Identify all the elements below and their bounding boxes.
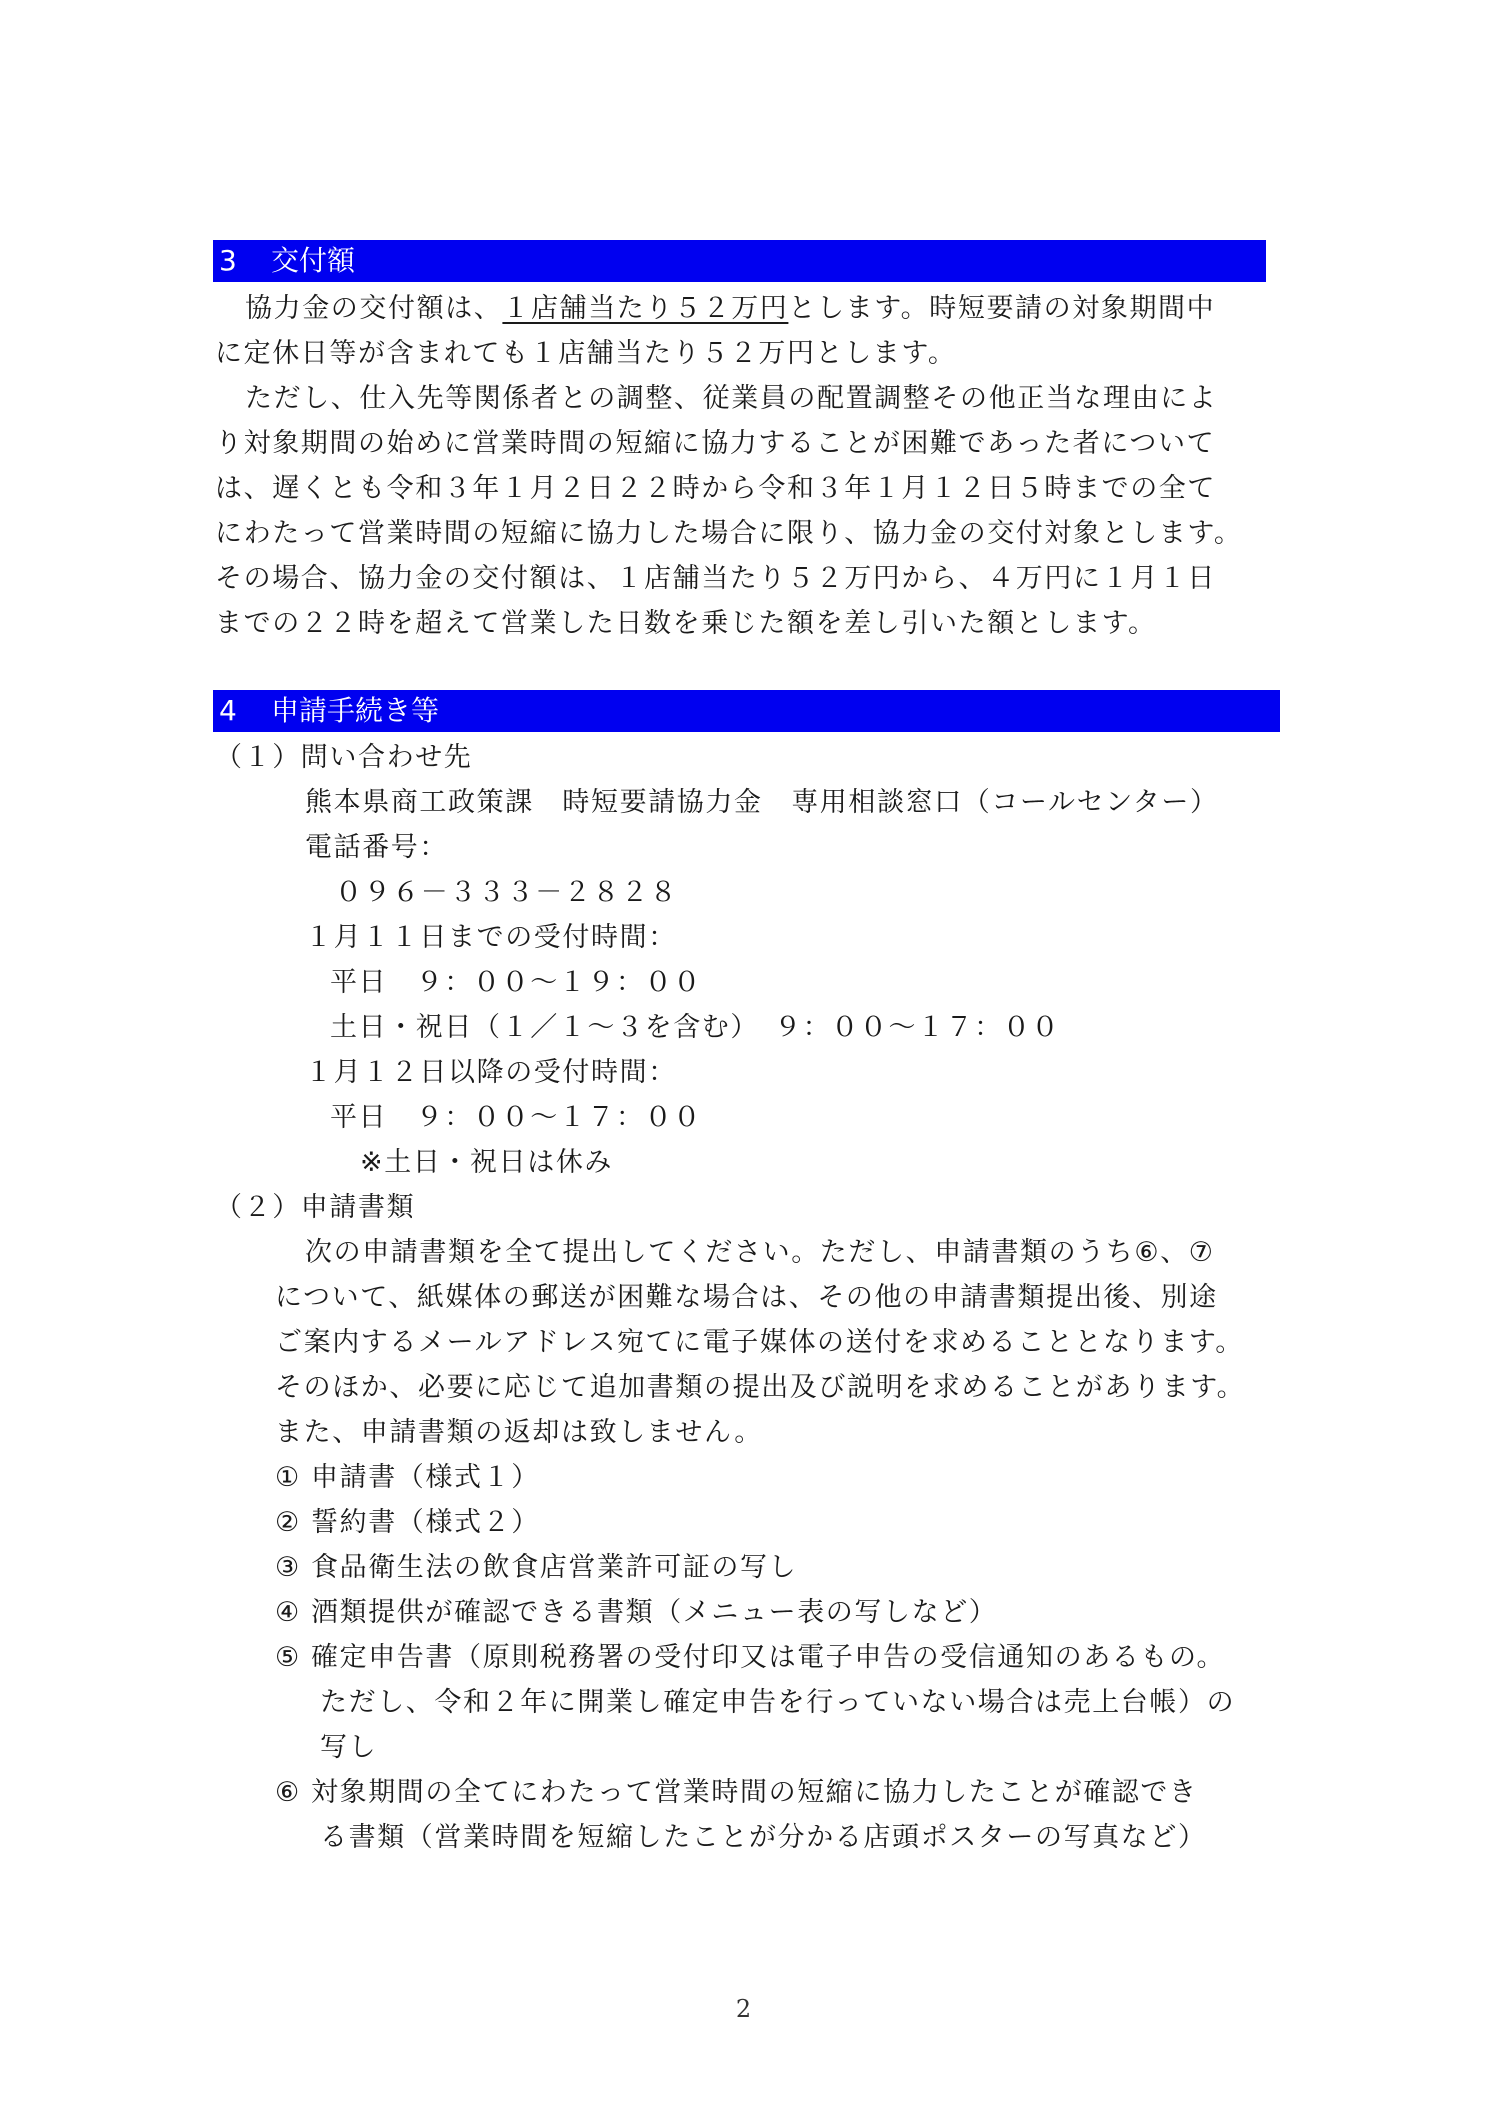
section-4-title: 申請手続き等 bbox=[271, 694, 439, 727]
section-3-para2-line: は、遅くとも令和３年１月２日２２時から令和３年１月１２日５時までの全て bbox=[215, 466, 1216, 511]
documents-intro-line: また、申請書類の返却は致しません。 bbox=[275, 1410, 763, 1455]
section-3-para2-line: ただし、仕入先等関係者との調整、従業員の配置調整その他正当な理由によ bbox=[245, 376, 1217, 421]
page-number: 2 bbox=[0, 1995, 1487, 2023]
section-3-para2-line: その場合、協力金の交付額は、１店舗当たり５２万円から、４万円に１月１日 bbox=[215, 556, 1216, 601]
document-item-4: ④ 酒類提供が確認できる書類（メニュー表の写しなど） bbox=[275, 1590, 997, 1635]
item-text: 誓約書（様式２） bbox=[311, 1507, 540, 1538]
phone-label: 電話番号： bbox=[305, 825, 448, 870]
document-item-1: ① 申請書（様式１） bbox=[275, 1455, 540, 1500]
documents-intro-line: 次の申請書類を全て提出してください。ただし、申請書類のうち⑥、⑦ bbox=[305, 1230, 1215, 1275]
documents-intro-line: ご案内するメールアドレス宛てに電子媒体の送付を求めることとなります。 bbox=[275, 1320, 1244, 1365]
item-marker: ③ bbox=[275, 1552, 301, 1583]
text: とします。時短要請の対象期間中 bbox=[788, 293, 1215, 324]
phone-number: ０９６－３３３－２８２８ bbox=[335, 870, 678, 915]
section-3-header: 3交付額 bbox=[213, 240, 1266, 282]
item-text: 対象期間の全てにわたって営業時間の短縮に協力したことが確認でき bbox=[311, 1777, 1198, 1808]
documents-heading: （２）申請書類 bbox=[215, 1185, 415, 1230]
documents-intro-line: そのほか、必要に応じて追加書類の提出及び説明を求めることがあります。 bbox=[275, 1365, 1245, 1410]
section-4-number: 4 bbox=[219, 690, 271, 732]
item-marker: ⑥ bbox=[275, 1777, 301, 1808]
documents-intro-line: について、紙媒体の郵送が困難な場合は、その他の申請書類提出後、別途 bbox=[275, 1275, 1218, 1320]
section-3-title: 交付額 bbox=[271, 244, 355, 277]
document-item-3: ③ 食品衛生法の飲食店営業許可証の写し bbox=[275, 1545, 797, 1590]
section-4-header: 4申請手続き等 bbox=[213, 690, 1280, 732]
document-item-5-cont: ただし、令和２年に開業し確定申告を行っていない場合は売上台帳）の bbox=[320, 1680, 1235, 1725]
hours-after-label: １月１２日以降の受付時間： bbox=[305, 1050, 677, 1095]
document-item-5-cont: 写し bbox=[320, 1725, 377, 1770]
hours-until-label: １月１１日までの受付時間： bbox=[305, 915, 677, 960]
hours-after-note: ※土日・祝日は休み bbox=[360, 1140, 613, 1185]
item-text: 申請書（様式１） bbox=[311, 1462, 540, 1493]
section-3-para2-line: までの２２時を超えて営業した日数を乗じた額を差し引いた額とします。 bbox=[215, 601, 1157, 646]
text: 協力金の交付額は、 bbox=[245, 293, 502, 324]
inquiry-office: 熊本県商工政策課 時短要請協力金 専用相談窓口（コールセンター） bbox=[305, 780, 1219, 825]
hours-until-weekday: 平日 ９：００～１９：００ bbox=[330, 960, 702, 1005]
document-item-6: ⑥ 対象期間の全てにわたって営業時間の短縮に協力したことが確認でき bbox=[275, 1770, 1198, 1815]
document-item-6-cont: る書類（営業時間を短縮したことが分かる店頭ポスターの写真など） bbox=[320, 1815, 1207, 1860]
section-3-para1-line1: 協力金の交付額は、１店舗当たり５２万円とします。時短要請の対象期間中 bbox=[245, 286, 1215, 331]
item-text: 確定申告書（原則税務署の受付印又は電子申告の受信通知のあるもの。 bbox=[311, 1642, 1225, 1673]
item-marker: ① bbox=[275, 1462, 301, 1493]
item-text: 食品衛生法の飲食店営業許可証の写し bbox=[311, 1552, 797, 1583]
hours-until-weekend: 土日・祝日（１／１～３を含む） ９：００～１７：００ bbox=[330, 1005, 1060, 1050]
section-3-para2-line: にわたって営業時間の短縮に協力した場合に限り、協力金の交付対象とします。 bbox=[215, 511, 1242, 556]
document-page: 3交付額 協力金の交付額は、１店舗当たり５２万円とします。時短要請の対象期間中 … bbox=[0, 0, 1487, 2105]
section-3-para1-line2: に定休日等が含まれても１店舗当たり５２万円とします。 bbox=[215, 331, 956, 376]
hours-after-weekday: 平日 ９：００～１７：００ bbox=[330, 1095, 702, 1140]
document-item-2: ② 誓約書（様式２） bbox=[275, 1500, 540, 1545]
item-marker: ④ bbox=[275, 1597, 301, 1628]
inquiry-heading: （１）問い合わせ先 bbox=[215, 735, 472, 780]
section-3-number: 3 bbox=[219, 240, 271, 282]
item-text: 酒類提供が確認できる書類（メニュー表の写しなど） bbox=[311, 1597, 997, 1628]
document-item-5: ⑤ 確定申告書（原則税務署の受付印又は電子申告の受信通知のあるもの。 bbox=[275, 1635, 1225, 1680]
section-3-para2-line: り対象期間の始めに営業時間の短縮に協力することが困難であった者について bbox=[215, 421, 1215, 466]
item-marker: ② bbox=[275, 1507, 301, 1538]
item-marker: ⑤ bbox=[275, 1642, 301, 1673]
underlined-amount: １店舗当たり５２万円 bbox=[502, 293, 788, 324]
